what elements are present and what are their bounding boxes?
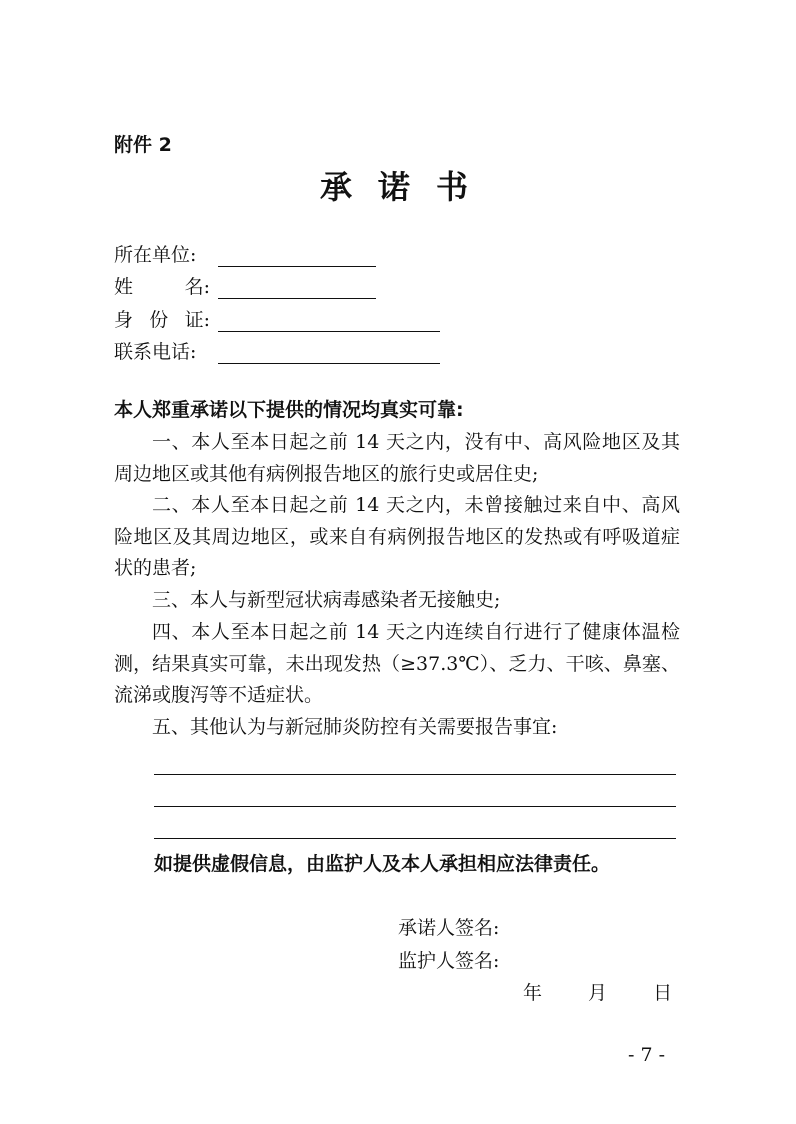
field-label: 联系电话:: [114, 337, 214, 364]
commitment-item-5: 五、其他认为与新冠肺炎防控有关需要报告事宜:: [114, 712, 680, 744]
attachment-label: 附件 2: [114, 130, 172, 157]
field-label: 所在单位:: [114, 240, 214, 267]
liability-warning: 如提供虚假信息，由监护人及本人承担相应法律责任。: [154, 849, 610, 876]
commitment-item-3: 三、本人与新型冠状病毒感染者无接触史;: [114, 585, 680, 617]
commitment-item-2: 二、本人至本日起之前 14 天之内，未曾接触过来自中、高风险地区及其周边地区，或…: [114, 490, 680, 585]
declaration: 本人郑重承诺以下提供的情况均真实可靠:: [114, 395, 680, 427]
other-matters-blank-3[interactable]: [154, 838, 676, 839]
field-label: 身 份 证:: [114, 305, 210, 332]
field-name: 姓 名:: [114, 272, 376, 299]
commitment-item-1: 一、本人至本日起之前 14 天之内，没有中、高风险地区及其周边地区或其他有病例报…: [114, 427, 680, 490]
field-id-card: 身 份 证:: [114, 305, 440, 332]
other-matters-blank-2[interactable]: [154, 806, 676, 807]
other-matters-blank-1[interactable]: [154, 774, 676, 775]
field-organization: 所在单位:: [114, 240, 376, 267]
field-label: 姓 名:: [114, 272, 210, 299]
commitment-item-4: 四、本人至本日起之前 14 天之内连续自行进行了健康体温检测，结果真实可靠，未出…: [114, 617, 680, 712]
phone-blank[interactable]: [218, 345, 440, 364]
id-card-blank[interactable]: [218, 313, 440, 332]
document-title: 承诺书: [320, 162, 494, 208]
page-number: - 7 -: [628, 1044, 665, 1066]
signature-date: 年 月 日: [523, 978, 692, 1005]
promisor-signature-label: 承诺人签名:: [398, 913, 499, 940]
guardian-signature-label: 监护人签名:: [398, 946, 499, 973]
organization-blank[interactable]: [218, 248, 376, 267]
name-blank[interactable]: [218, 280, 376, 299]
field-phone: 联系电话:: [114, 337, 440, 364]
